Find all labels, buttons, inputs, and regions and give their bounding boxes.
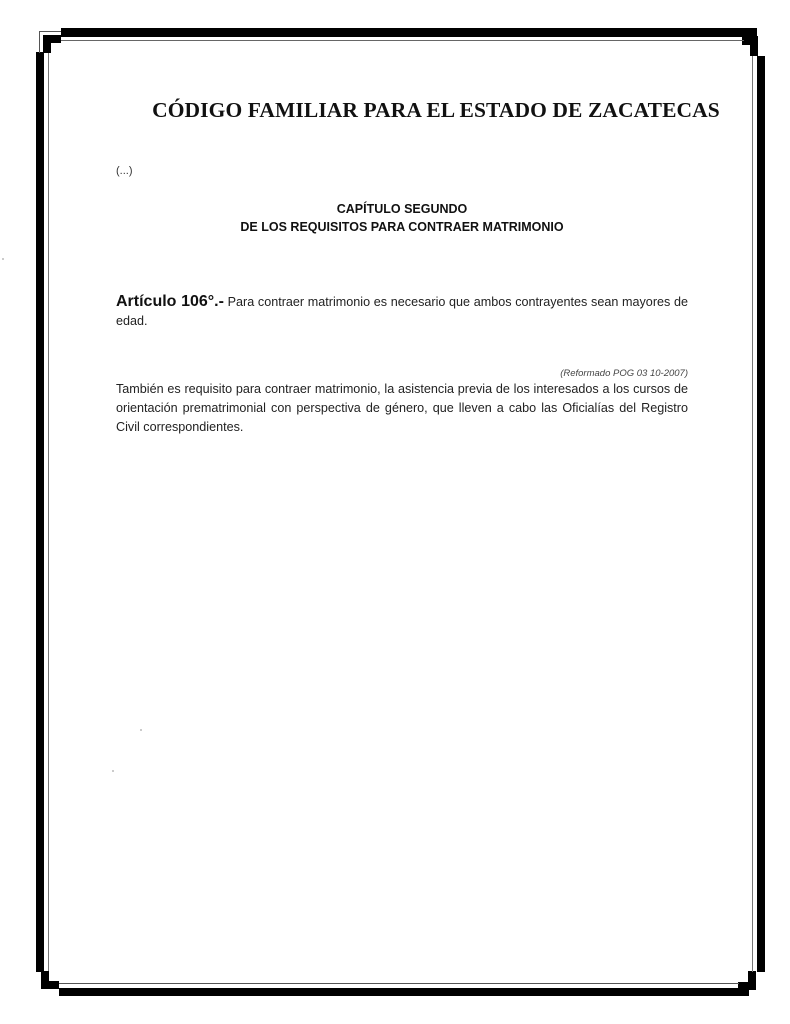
border-outer-rule-top-left: [39, 31, 61, 32]
border-right-band: [757, 56, 765, 972]
border-corner-bottom-left-step: [41, 981, 59, 989]
article-paragraph: También es requisito para contraer matri…: [116, 380, 688, 437]
border-left-band: [36, 52, 44, 972]
border-top-band: [61, 28, 757, 37]
border-corner-bottom-right-step: [738, 982, 756, 990]
border-inner-rule-right: [752, 56, 753, 972]
border-corner-top-right-step: [750, 36, 758, 56]
border-bottom-band: [59, 988, 749, 996]
border-inner-rule-bottom: [59, 983, 739, 984]
border-inner-rule-left: [48, 53, 49, 971]
chapter-subheading: DE LOS REQUISITOS PARA CONTRAER MATRIMON…: [116, 218, 688, 236]
border-outer-rule-left-top: [39, 31, 40, 53]
document-title: CÓDIGO FAMILIAR PARA EL ESTADO DE ZACATE…: [100, 98, 772, 123]
scan-speck: [140, 729, 142, 731]
article-label: Artículo 106°.-: [116, 293, 224, 310]
border-inner-rule-top: [61, 40, 744, 41]
reform-note: (Reformado POG 03 10-2007): [560, 368, 688, 379]
scan-speck: [112, 770, 114, 772]
article-106: Artículo 106°.- Para contraer matrimonio…: [116, 292, 688, 331]
chapter-heading-block: CAPÍTULO SEGUNDO DE LOS REQUISITOS PARA …: [116, 200, 688, 236]
omission-marker: (...): [116, 165, 133, 177]
border-corner-top-left-step: [43, 35, 51, 53]
chapter-heading: CAPÍTULO SEGUNDO: [116, 200, 688, 218]
scan-speck: [2, 258, 4, 260]
document-page: CÓDIGO FAMILIAR PARA EL ESTADO DE ZACATE…: [0, 0, 790, 1024]
